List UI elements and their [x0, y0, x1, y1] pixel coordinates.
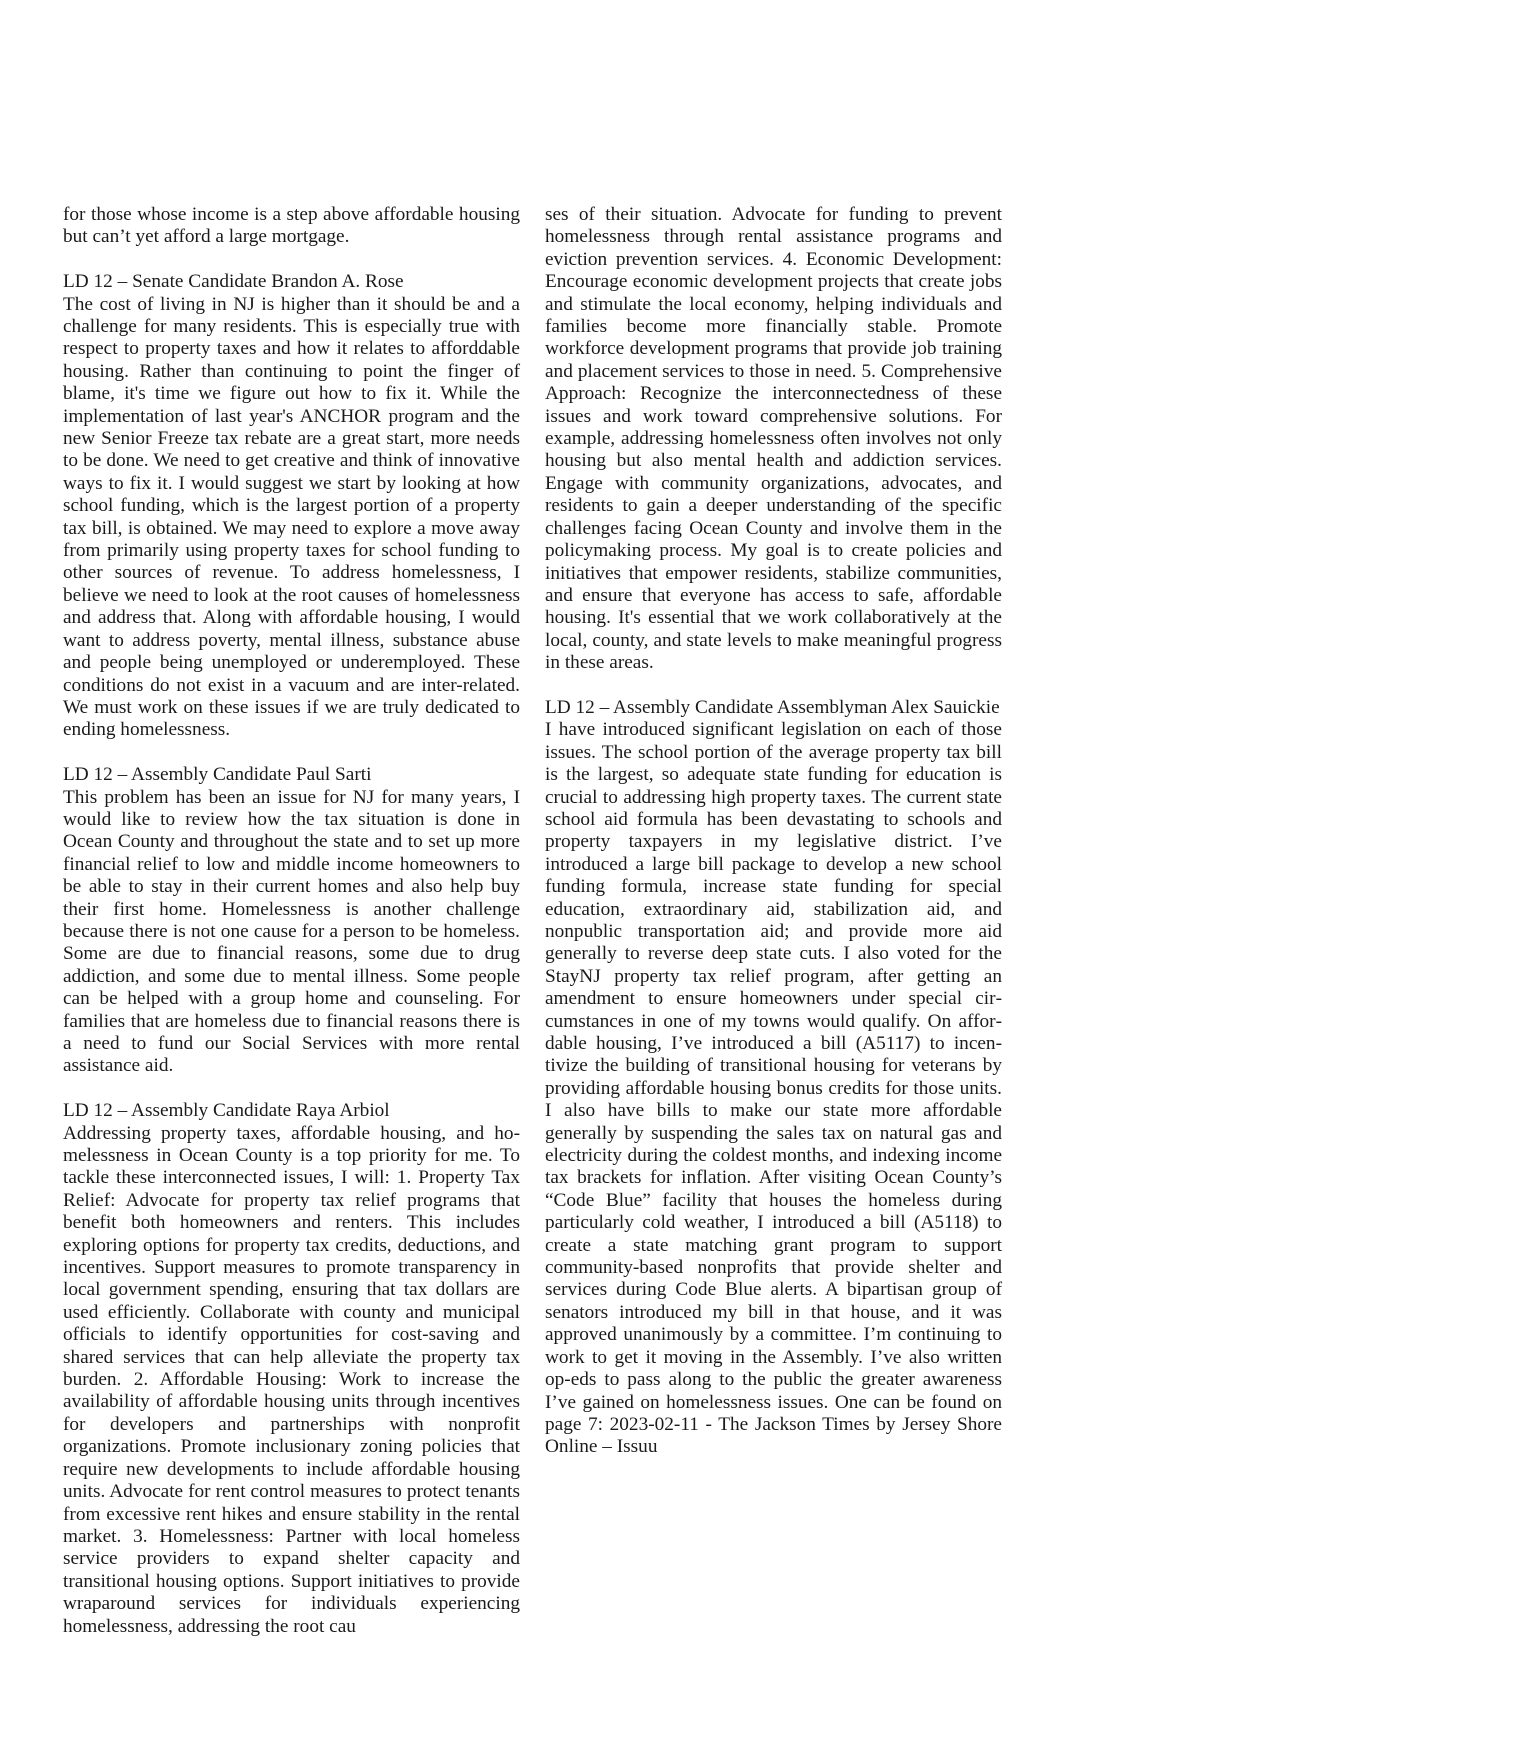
continuation-paragraph: ses of their situation. Advocate for fun… [545, 204, 1002, 675]
paragraph-spacer [63, 249, 520, 271]
paragraph-spacer [63, 742, 520, 764]
right-column: ses of their situation. Advocate for fun… [545, 204, 1002, 1459]
section-body: I have introduced significant legislatio… [545, 719, 1002, 1458]
section-raya-arbiol: LD 12 – Assembly Candidate Raya Arbiol A… [63, 1100, 520, 1638]
section-paul-sarti: LD 12 – Assembly Candidate Paul Sarti Th… [63, 764, 520, 1078]
paragraph-spacer [545, 675, 1002, 697]
section-brandon-rose: LD 12 – Senate Candidate Brandon A. Rose… [63, 271, 520, 742]
section-heading: LD 12 – Assembly Candidate Assemblyman A… [545, 697, 1002, 719]
left-column: for those whose income is a step above a… [63, 204, 520, 1638]
paragraph-spacer [63, 1078, 520, 1100]
section-alex-sauickie: LD 12 – Assembly Candidate Assemblyman A… [545, 697, 1002, 1459]
intro-paragraph: for those whose income is a step above a… [63, 204, 520, 249]
document-page: for those whose income is a step above a… [0, 0, 1524, 1742]
section-body: The cost of living in NJ is higher than … [63, 294, 520, 742]
section-heading: LD 12 – Senate Candidate Brandon A. Rose [63, 271, 520, 293]
section-heading: LD 12 – Assembly Candidate Raya Arbiol [63, 1100, 520, 1122]
section-heading: LD 12 – Assembly Candidate Paul Sarti [63, 764, 520, 786]
section-body: This problem has been an issue for NJ fo… [63, 787, 520, 1078]
section-body: Addressing property taxes, affordable ho… [63, 1123, 520, 1638]
